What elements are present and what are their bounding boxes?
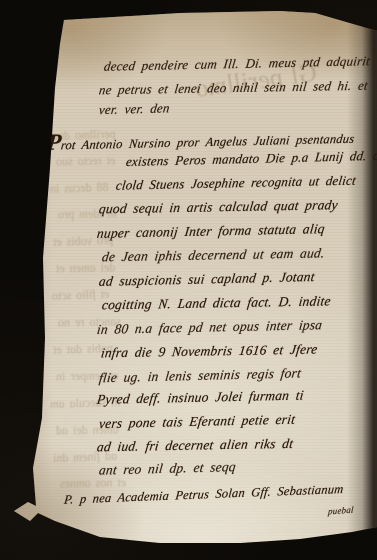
manuscript-line: ver. ver. den: [98, 100, 190, 118]
manuscript-line: quod sequi in artis calculad quat prady: [98, 197, 372, 218]
manuscript-line: Pyred deff. insinuo Jolei furman ti: [96, 386, 372, 408]
manuscript-photo: 992Gl perillmoperillmo dnoet recto suo88…: [0, 0, 377, 560]
manuscript-line: deced pendeire cum Ill. Di. meus ptd adq…: [103, 53, 371, 75]
manuscript-line: vers pone tais Eferanti petie erit: [98, 410, 372, 432]
manuscript-line: cogitting N. Land dicta fact. D. indite: [101, 293, 373, 314]
manuscript-line: nuper canonij Inter forma statuta aliq: [96, 220, 372, 242]
ink-layer: deced pendeire cum Ill. Di. meus ptd adq…: [0, 0, 377, 560]
manuscript-line: ad iud. fri decernet alien riks dt: [96, 435, 362, 456]
manuscript-line: flie ug. in lenis seminis regis fort: [98, 364, 372, 387]
manuscript-line: puebal: [328, 504, 369, 517]
manuscript-line: ne petrus et lenei deo nihil sein nil se…: [98, 78, 372, 99]
manuscript-line: ad suspicionis sui capland p. Jotant: [98, 268, 352, 290]
manuscript-line: clold Stuens Josephine recognita ut deli…: [115, 172, 373, 193]
manuscript-line: de Jean iphis decernend ut eam aud.: [101, 245, 371, 266]
manuscript-line: in 80 n.a face pd net opus inter ipsa: [96, 316, 374, 338]
manuscript-line: P. p nea Academia Petrus Solan Gff. Seba…: [63, 481, 362, 508]
manuscript-line: infra die 9 Novembris 1616 et Jfere: [100, 341, 370, 362]
manuscript-paper: 992Gl perillmoperillmo dnoet recto suo88…: [0, 0, 377, 560]
manuscript-line: ant reo nil dp. et seqq: [98, 457, 300, 478]
